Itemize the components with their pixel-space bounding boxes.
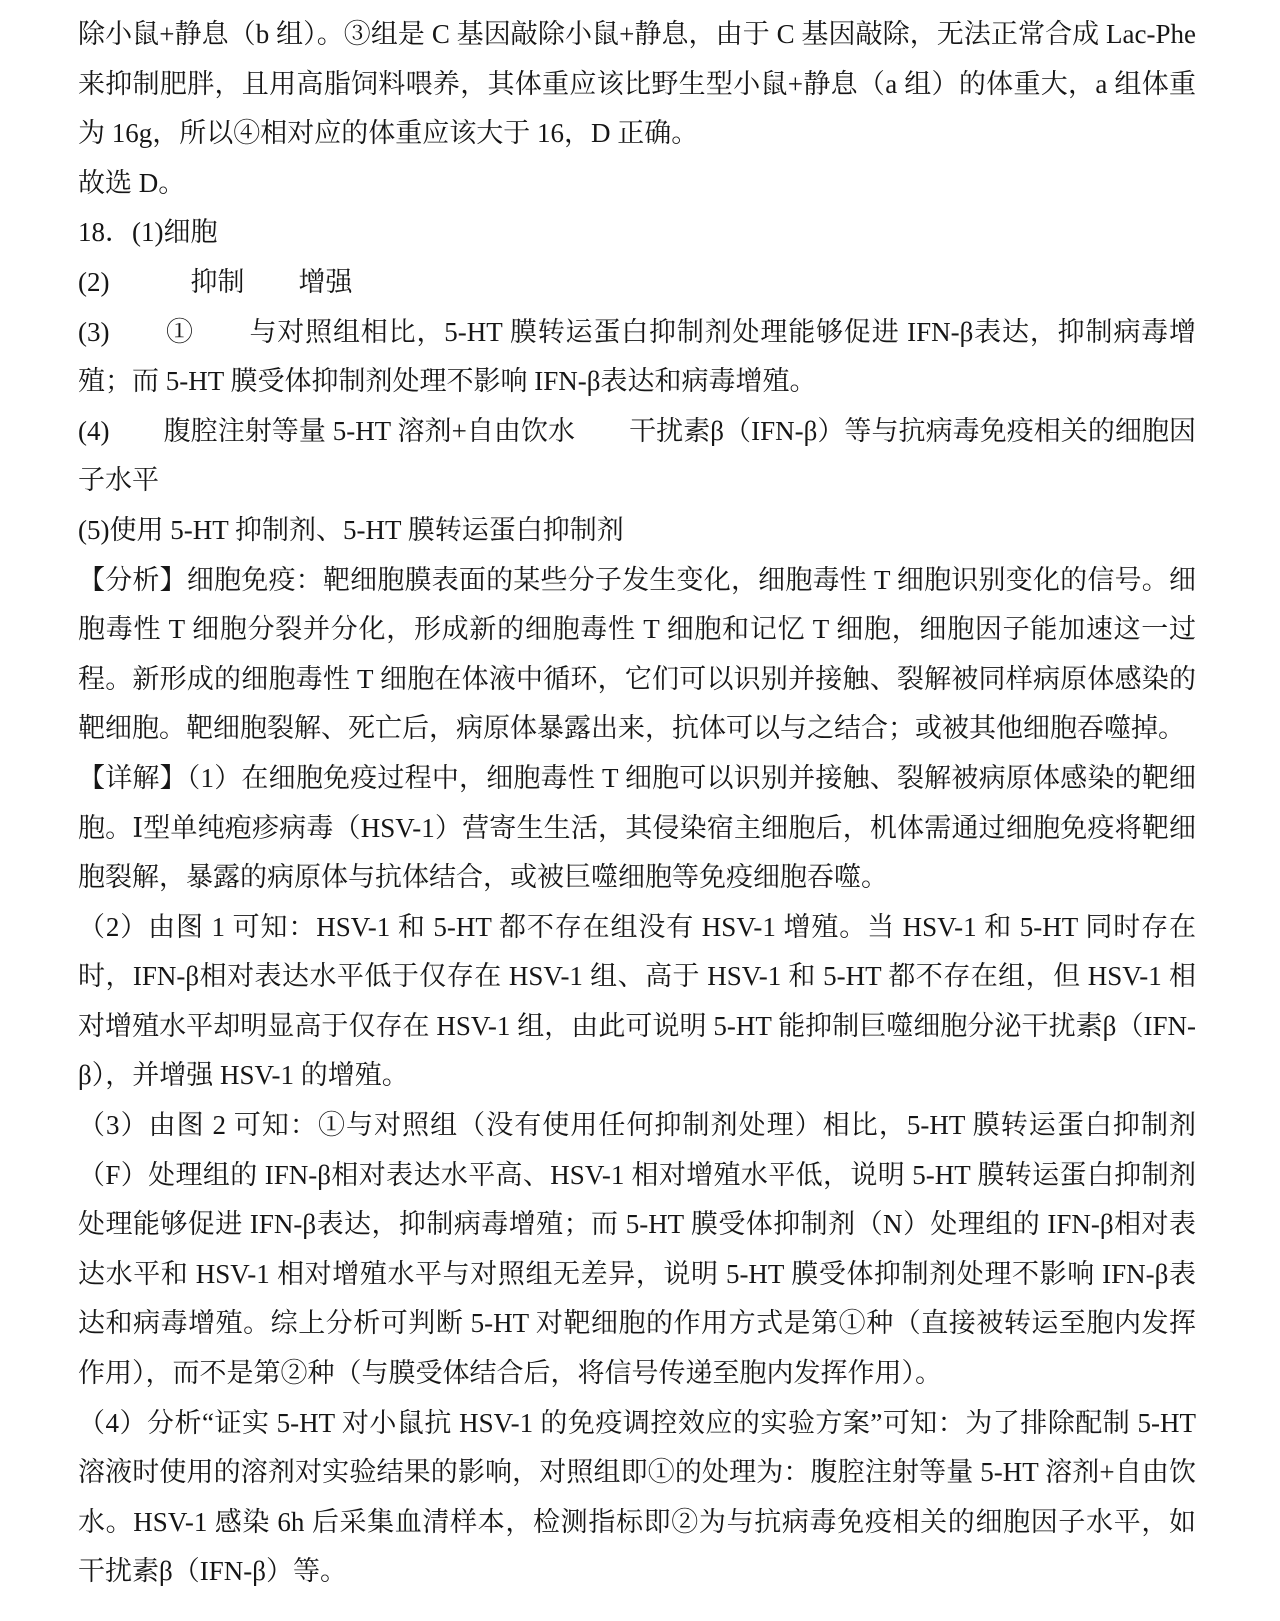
paragraph-analysis: 【分析】细胞免疫：靶细胞膜表面的某些分子发生变化，细胞毒性 T 细胞识别变化的信… — [78, 556, 1196, 754]
paragraph-q18-answer-5: (5)使用 5-HT 抑制剂、5-HT 膜转运蛋白抑制剂 — [78, 506, 1196, 556]
paragraph-q18-answer-2: (2) 抑制 增强 — [78, 258, 1196, 308]
paragraph-explanation-1: 【详解】（1）在细胞免疫过程中，细胞毒性 T 细胞可以识别并接触、裂解被病原体感… — [78, 754, 1196, 903]
paragraph-explanation-2: （2）由图 1 可知：HSV-1 和 5-HT 都不存在组没有 HSV-1 增殖… — [78, 903, 1196, 1101]
paragraph-answer-continuation: 除小鼠+静息（b 组）。③组是 C 基因敲除小鼠+静息，由于 C 基因敲除，无法… — [78, 10, 1196, 159]
paragraph-explanation-3: （3）由图 2 可知：①与对照组（没有使用任何抑制剂处理）相比，5-HT 膜转运… — [78, 1101, 1196, 1399]
paragraph-explanation-4: （4）分析“证实 5-HT 对小鼠抗 HSV-1 的免疫调控效应的实验方案”可知… — [78, 1399, 1196, 1597]
paragraph-q18-answer-3: (3) ① 与对照组相比，5-HT 膜转运蛋白抑制剂处理能够促进 IFN-β表达… — [78, 308, 1196, 407]
paragraph-q18-answer-4: (4) 腹腔注射等量 5-HT 溶剂+自由饮水 干扰素β（IFN-β）等与抗病毒… — [78, 407, 1196, 506]
document-page: 除小鼠+静息（b 组）。③组是 C 基因敲除小鼠+静息，由于 C 基因敲除，无法… — [0, 0, 1280, 1621]
paragraph-q18-answer-1: 18．(1)细胞 — [78, 208, 1196, 258]
paragraph-answer-choice: 故选 D。 — [78, 159, 1196, 209]
